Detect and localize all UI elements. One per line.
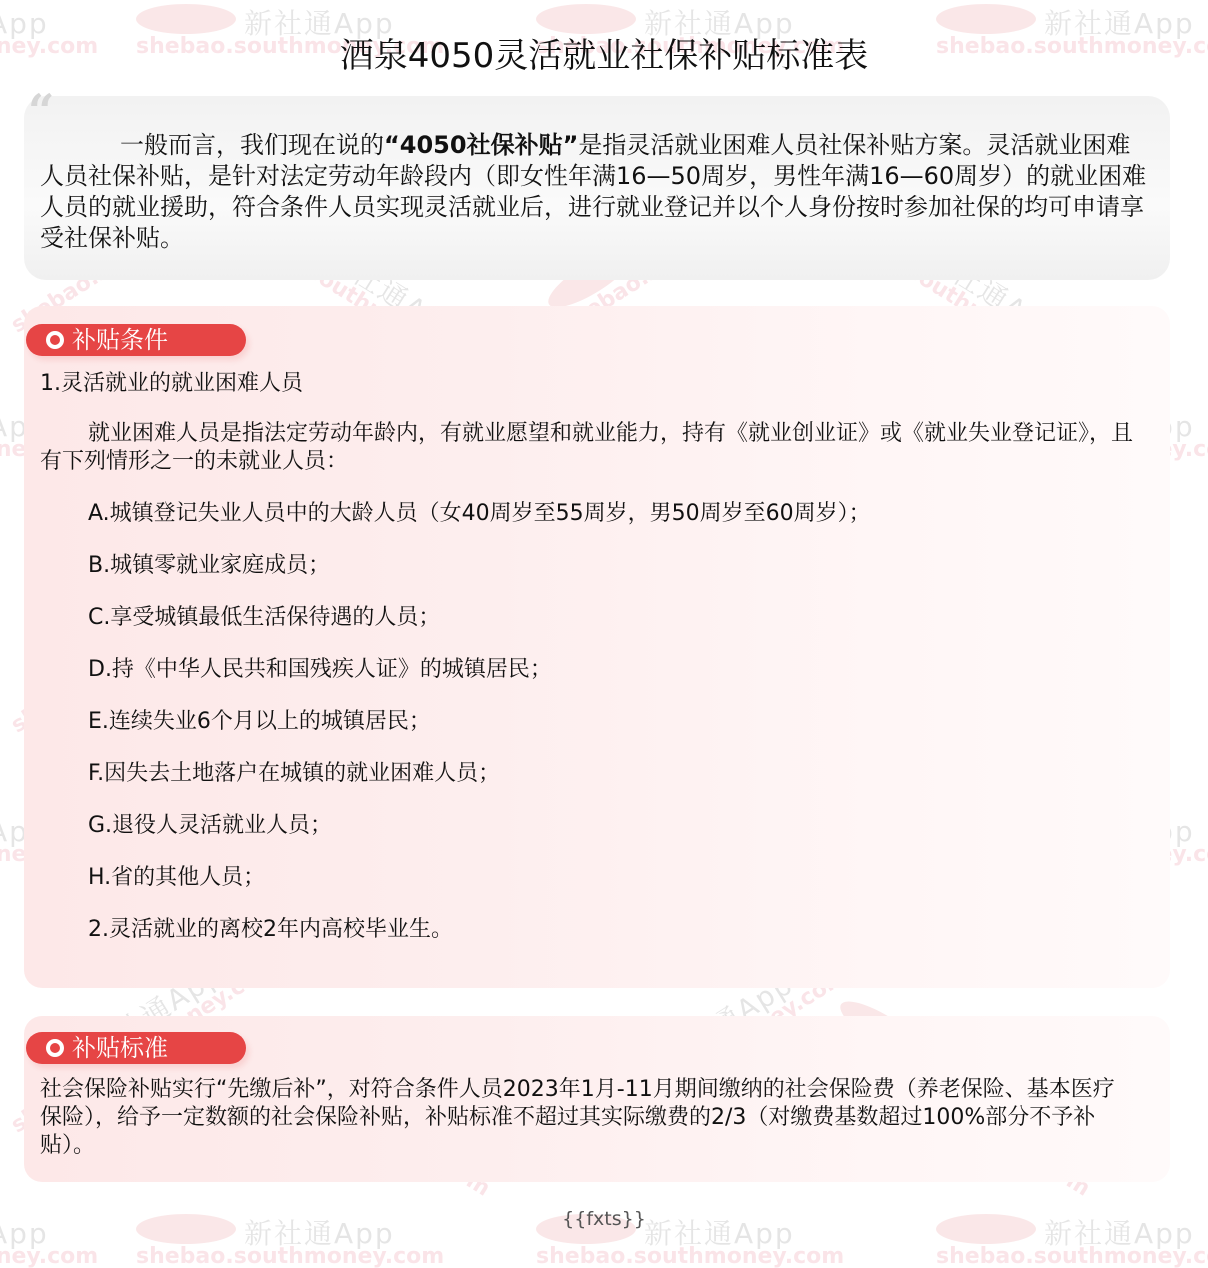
section-badge-label: 补贴条件 — [72, 326, 168, 354]
condition-heading: 1.灵活就业的就业困难人员 — [40, 370, 303, 398]
condition-item: D.持《中华人民共和国残疾人证》的城镇居民； — [88, 656, 552, 684]
condition-item: A.城镇登记失业人员中的大龄人员（女40周岁至55周岁，男50周岁至60周岁）； — [88, 500, 871, 528]
intro-highlight: “4050社保补贴” — [384, 131, 578, 159]
template-placeholder: {{fxts}} — [0, 1208, 1208, 1230]
intro-paragraph: 一般而言，我们现在说的“4050社保补贴”是指灵活就业困难人员社保补贴方案。灵活… — [40, 130, 1154, 254]
condition-item: E.连续失业6个月以上的城镇居民； — [88, 708, 431, 736]
intro-box: “ 一般而言，我们现在说的“4050社保补贴”是指灵活就业困难人员社保补贴方案。… — [24, 96, 1170, 280]
page-title: 酒泉4050灵活就业社保补贴标准表 — [0, 28, 1208, 77]
condition-item: G.退役人灵活就业人员； — [88, 812, 332, 840]
condition-item: B.城镇零就业家庭成员； — [88, 552, 330, 580]
condition-item: 2.灵活就业的离校2年内高校毕业生。 — [88, 916, 453, 944]
left-double-quote-icon: “ — [28, 88, 54, 134]
section-badge: 补贴条件 — [26, 324, 246, 356]
section-badge-label: 补贴标准 — [72, 1034, 168, 1062]
condition-item: F.因失去土地落户在城镇的就业困难人员； — [88, 760, 500, 788]
circle-icon — [46, 1039, 64, 1057]
section-standard: 补贴标准 社会保险补贴实行“先缴后补”，对符合条件人员2023年1月-11月期间… — [24, 1016, 1170, 1182]
standard-paragraph: 社会保险补贴实行“先缴后补”，对符合条件人员2023年1月-11月期间缴纳的社会… — [40, 1076, 1130, 1160]
condition-definition: 就业困难人员是指法定劳动年龄内，有就业愿望和就业能力，持有《就业创业证》或《就业… — [40, 420, 1140, 476]
condition-item: C.享受城镇最低生活保待遇的人员； — [88, 604, 440, 632]
circle-icon — [46, 331, 64, 349]
intro-text-before: 一般而言，我们现在说的 — [120, 131, 384, 159]
section-conditions: 补贴条件 1.灵活就业的就业困难人员 就业困难人员是指法定劳动年龄内，有就业愿望… — [24, 306, 1170, 988]
condition-item: H.省的其他人员； — [88, 864, 265, 892]
section-badge: 补贴标准 — [26, 1032, 246, 1064]
